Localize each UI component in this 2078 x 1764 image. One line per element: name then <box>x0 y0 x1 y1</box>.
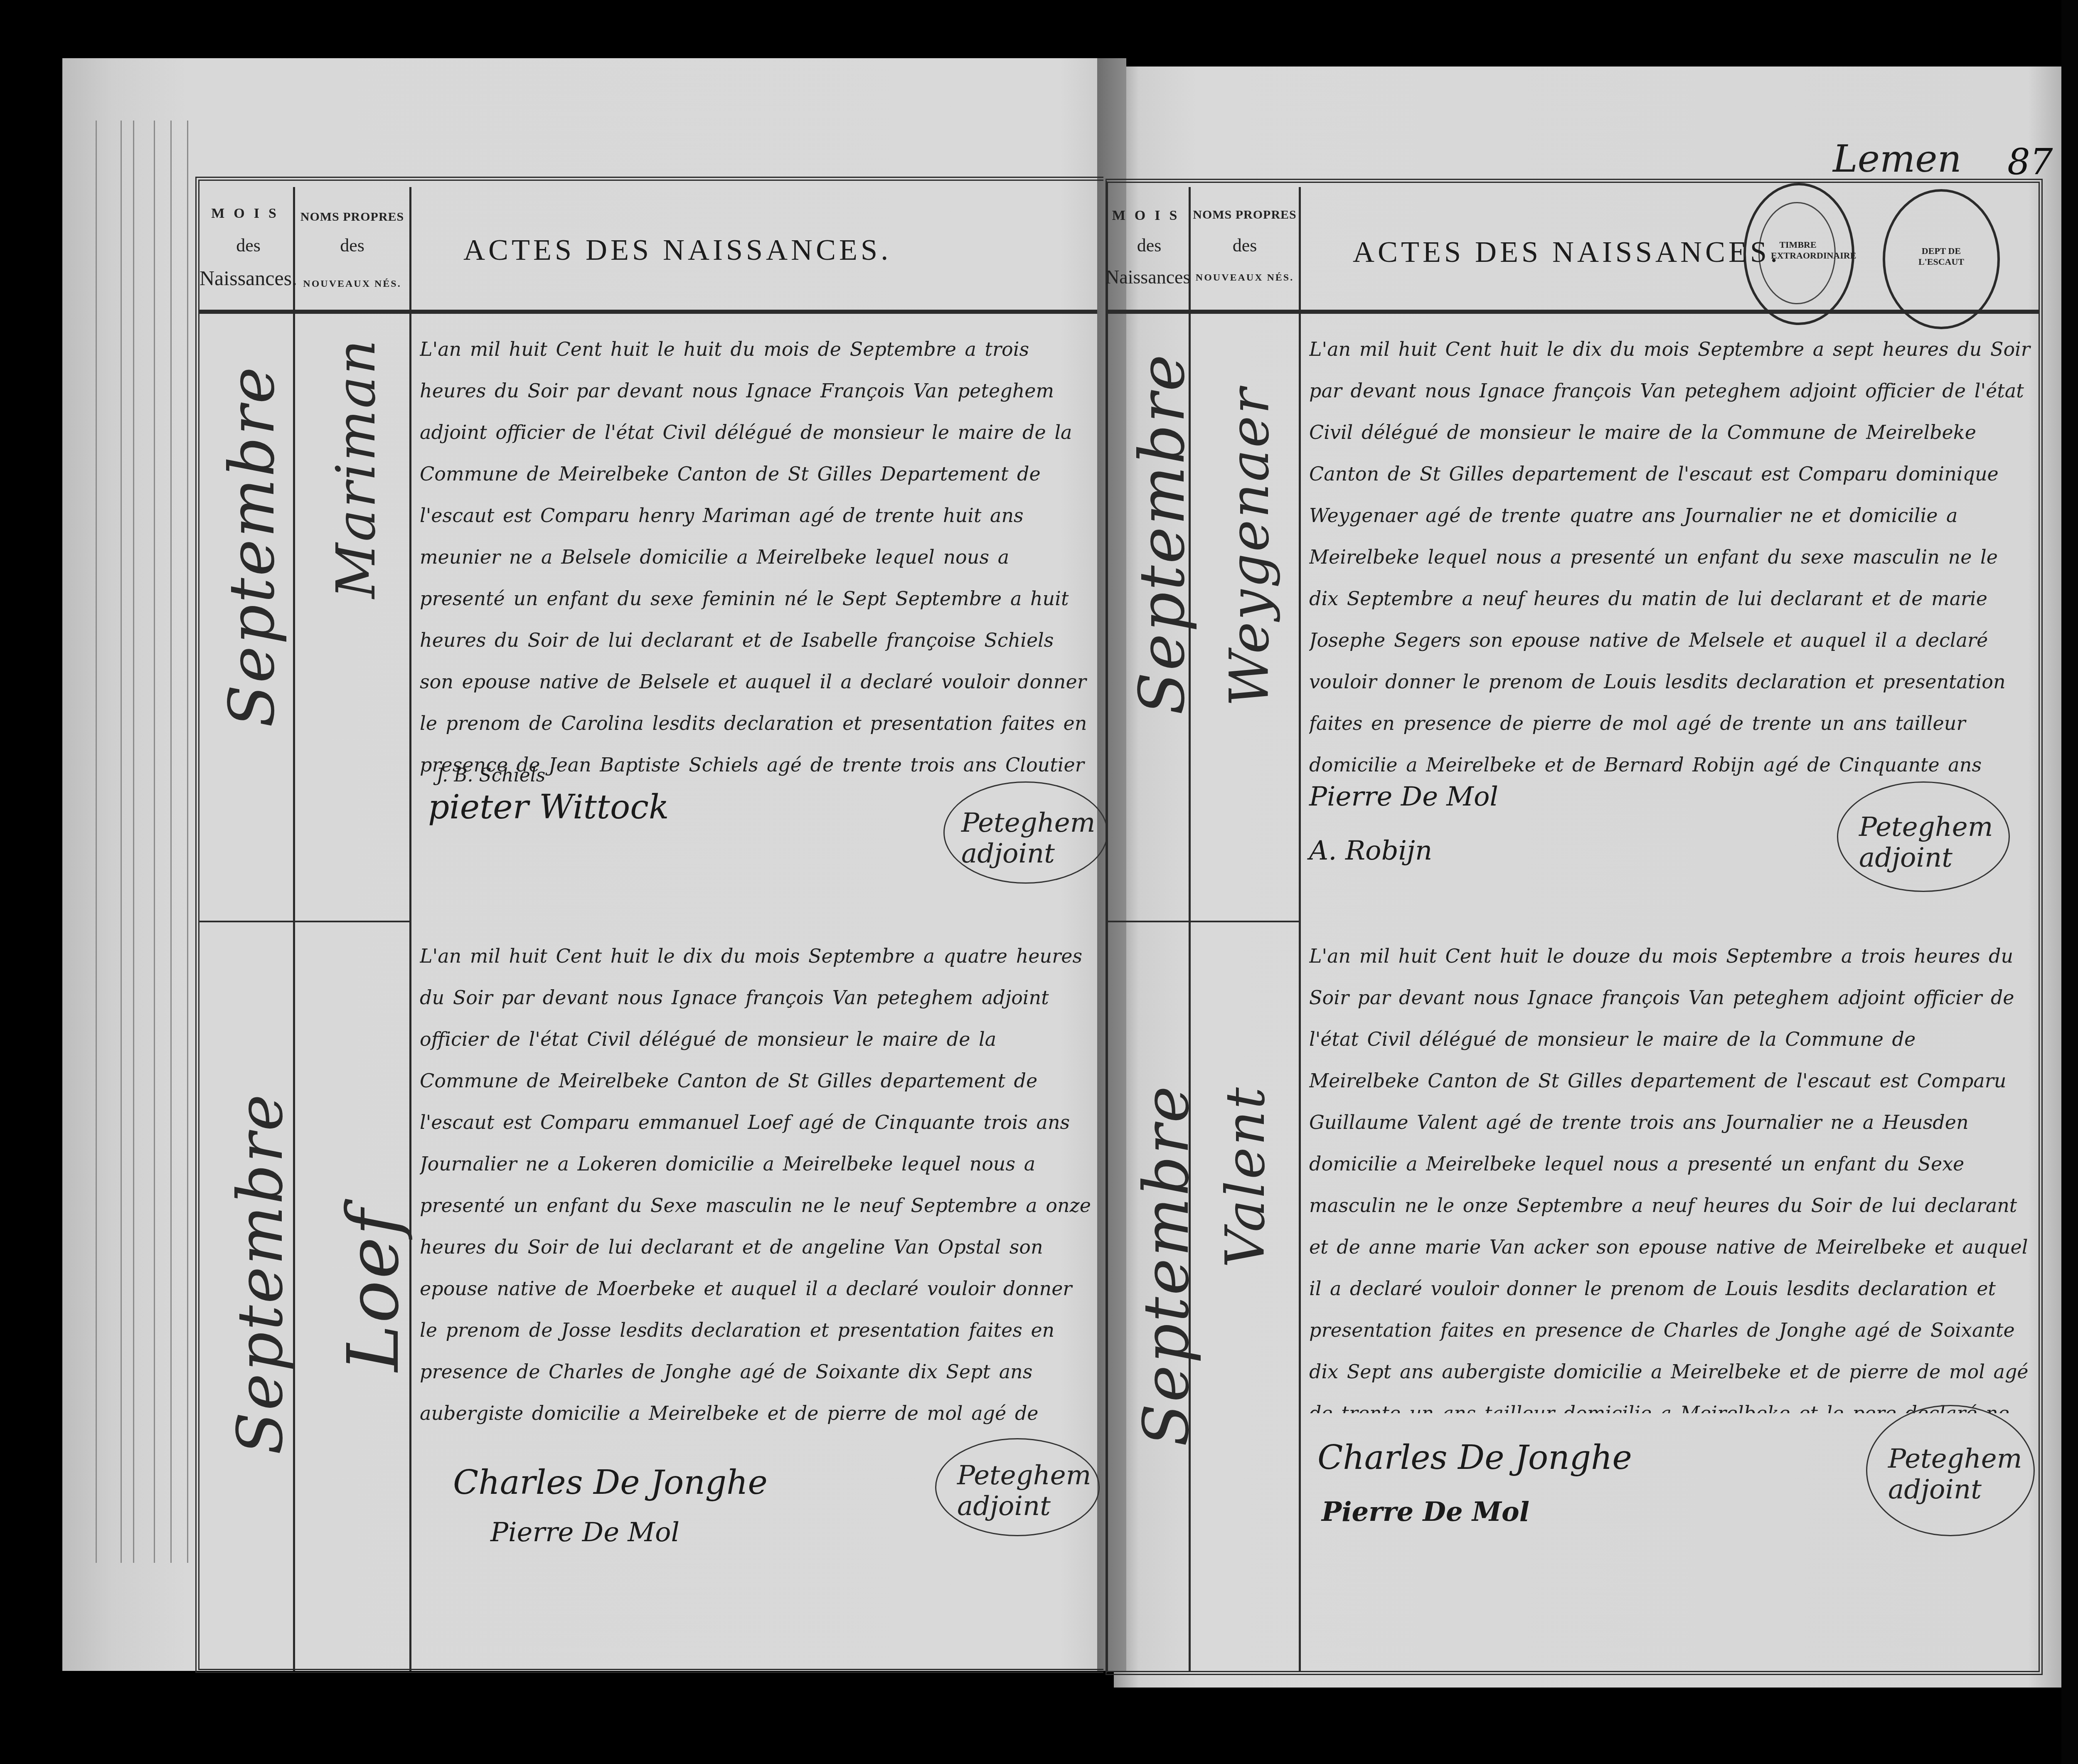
header-des: des <box>204 235 293 256</box>
birth-record-text: L'an mil huit Cent huit le dix du mois S… <box>420 935 1093 1434</box>
entry-month: Septembre <box>1126 353 1199 715</box>
newborn-name: Valent <box>1214 1086 1277 1268</box>
page-title: ACTES DES NAISSANCES. <box>463 233 891 267</box>
header-nouveaux-nes: NOUVEAUX NÉS. <box>1191 272 1299 283</box>
page-stack-edge <box>121 121 122 1563</box>
column-rule <box>1299 187 1301 1671</box>
entry-month: Septembre <box>224 1093 297 1455</box>
official-signature-flourish: Peteghem adjoint <box>1837 781 2010 892</box>
birth-record-text: L'an mil huit Cent huit le dix du mois S… <box>1309 328 2032 786</box>
margin-annotation: Lemen <box>1833 137 1962 181</box>
official-signature: Peteghem adjoint <box>957 1460 1098 1522</box>
page-stack-edge <box>96 121 97 1563</box>
header-rule <box>199 310 1097 314</box>
header-naissances: Naissances <box>1105 266 1189 288</box>
newborn-name: Loef <box>332 1207 415 1372</box>
witness-signature: A. Robijn <box>1309 835 1432 866</box>
tax-stamp-departement: DEPT DE L'ESCAUT <box>1883 189 2000 329</box>
birth-record-text: L'an mil huit Cent huit le huit du mois … <box>420 328 1093 786</box>
page-stack-edge <box>187 121 188 1563</box>
newborn-name: Weygenaer <box>1218 387 1281 707</box>
witness-signature: Pierre De Mol <box>490 1517 680 1548</box>
witness-signature: pieter Wittock <box>428 788 669 826</box>
official-signature: Peteghem adjoint <box>961 808 1107 869</box>
header-des: des <box>1110 235 1189 256</box>
official-signature-flourish: Peteghem adjoint <box>1866 1405 2035 1536</box>
book-edge-shadow <box>2061 0 2078 1764</box>
header-noms-propres: NOMS PROPRES <box>1191 208 1299 222</box>
header-mois: MOIS <box>204 206 293 222</box>
witness-signature: Pierre De Mol <box>1322 1496 1529 1527</box>
column-rule <box>409 187 411 1671</box>
page-number: 87 <box>2007 141 2053 183</box>
birth-record-text: L'an mil huit Cent huit le douze du mois… <box>1309 935 2032 1413</box>
official-signature: Peteghem adjoint <box>1888 1444 2034 1505</box>
page-stack-edge <box>154 121 155 1563</box>
witness-signature: Pierre De Mol <box>1309 781 1498 812</box>
official-signature-flourish: Peteghem adjoint <box>943 781 1108 884</box>
page-title: ACTES DES NAISSANCES. <box>1353 235 1781 269</box>
header-mois: MOIS <box>1110 208 1189 224</box>
witness-signature: J. B. Schiels <box>436 765 545 786</box>
header-nouveaux-nes: NOUVEAUX NÉS. <box>295 278 409 290</box>
entry-month: Septembre <box>216 365 288 727</box>
official-signature-flourish: Peteghem adjoint <box>935 1438 1100 1536</box>
stamp-label: DEPT DE L'ESCAUT <box>1906 246 1977 267</box>
witness-signature: Charles De Jonghe <box>453 1463 768 1502</box>
header-naissances: Naissances. <box>199 266 293 290</box>
official-signature: Peteghem adjoint <box>1859 812 2009 873</box>
entry-divider <box>199 921 409 922</box>
entry-divider <box>1108 921 1299 922</box>
page-stack-edge <box>133 121 134 1563</box>
page-stack-edge <box>170 121 172 1563</box>
witness-signature: Charles De Jonghe <box>1317 1438 1632 1477</box>
entry-month: Septembre <box>1130 1084 1203 1446</box>
header-noms-propres: NOMS PROPRES <box>295 210 409 224</box>
header-des: des <box>295 235 409 256</box>
header-rule <box>1108 310 2039 314</box>
newborn-name: Mariman <box>324 338 387 599</box>
header-des: des <box>1191 235 1299 256</box>
